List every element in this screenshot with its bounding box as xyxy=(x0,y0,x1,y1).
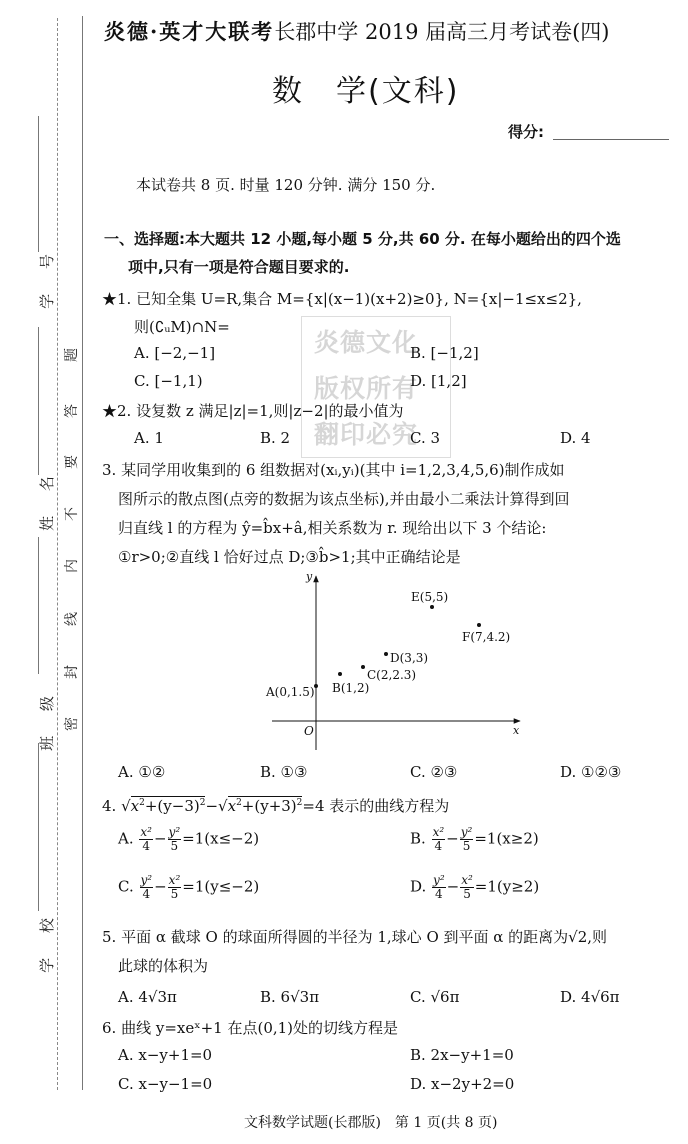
page-footer: 文科数学试题(长郡版) 第 1 页(共 8 页) xyxy=(244,1112,497,1132)
x-axis-label: x xyxy=(513,724,519,737)
question-number: ★1. xyxy=(102,290,131,308)
option-c[interactable]: C. ②③ xyxy=(410,763,457,781)
option-d[interactable]: D. x−2y+2=0 xyxy=(410,1075,514,1093)
option-c[interactable]: C. y²4−x²5=1(y≤−2) xyxy=(118,874,259,901)
question-stem-cont: 则(∁ᵤM)∩N= xyxy=(134,316,230,337)
option-a[interactable]: A. 4√3π xyxy=(118,988,177,1006)
exam-title: 长郡中学 2019 届高三月考试卷(四) xyxy=(274,20,609,44)
class-underline xyxy=(38,537,39,674)
option-letter: C. xyxy=(118,878,134,896)
fraction: x²4 xyxy=(432,826,446,853)
question-stem: 曲线 y=xeˣ+1 在点(0,1)处的切线方程是 xyxy=(121,1019,398,1037)
question-stem: 平面 α 截球 O 的球面所得圆的半径为 1,球心 O 到平面 α 的距离为√2… xyxy=(121,928,607,946)
option-b[interactable]: B. [−1,2] xyxy=(410,344,479,362)
question-stem: 设复数 z 满足|z|=1,则|z−2|的最小值为 xyxy=(136,402,403,420)
section-title-cont: 项中,只有一项是符合题目要求的. xyxy=(128,256,349,277)
option-condition: =1(y≥2) xyxy=(475,878,539,896)
question-stem-cont: 归直线 l 的方程为 ŷ=b̂x+â,相关系数为 r. 现给出以下 3 个结论: xyxy=(118,517,546,538)
option-d[interactable]: D. y²4−x²5=1(y≥2) xyxy=(410,874,539,901)
option-a[interactable]: A. [−2,−1] xyxy=(134,344,215,362)
option-condition: =1(x≥2) xyxy=(474,830,538,848)
option-b[interactable]: B. 2 xyxy=(260,429,290,447)
seal-char: 封 xyxy=(61,665,81,679)
subject-title: 数 学(文科) xyxy=(272,66,459,110)
question-number: 4. xyxy=(102,797,116,815)
question-number: 3. xyxy=(102,461,116,479)
section-title: 一、选择题:本大题共 12 小题,每小题 5 分,共 60 分. 在每小题给出的… xyxy=(104,228,621,249)
fraction: y²4 xyxy=(140,874,154,901)
seal-char: 密 xyxy=(61,717,81,731)
seal-char: 题 xyxy=(61,348,81,362)
question-number: ★2. xyxy=(102,402,131,420)
point-d-label: D(3,3) xyxy=(390,651,428,665)
student-id-label: 学 号 xyxy=(36,244,57,309)
brand-name: 炎德·英才大联考 xyxy=(104,19,274,44)
option-b[interactable]: B. 6√3π xyxy=(260,988,319,1006)
seal-char: 线 xyxy=(61,612,81,626)
question-number: 5. xyxy=(102,928,116,946)
question-stem-cont: 图所示的散点图(点旁的数据为该点坐标),并由最小二乘法计算得到回 xyxy=(118,488,569,509)
school-underline xyxy=(38,743,39,911)
question-stem-cont: 此球的体积为 xyxy=(118,955,208,976)
seal-char: 答 xyxy=(61,404,81,418)
point-c-label: C(2,2.3) xyxy=(367,668,416,682)
fraction: x²5 xyxy=(168,874,182,901)
question-stem-cont: ①r>0;②直线 l 恰好过点 D;③b̂>1;其中正确结论是 xyxy=(118,546,461,567)
option-letter: D. xyxy=(410,878,426,896)
option-d[interactable]: D. 4 xyxy=(560,429,591,447)
option-condition: =1(x≤−2) xyxy=(182,830,259,848)
option-d[interactable]: D. ①②③ xyxy=(560,763,621,781)
question-stem: 已知全集 U=R,集合 M={x|(x−1)(x+2)≥0}, N={x|−1≤… xyxy=(136,290,582,308)
seal-char: 要 xyxy=(61,455,81,469)
fraction: y²4 xyxy=(432,874,446,901)
option-c[interactable]: C. [−1,1) xyxy=(134,372,203,390)
fraction: x²5 xyxy=(460,874,474,901)
scatter-plot: y x O A(0,1.5) B(1,2) C(2,2.3) D(3,3) E(… xyxy=(262,566,528,754)
option-a[interactable]: A. ①② xyxy=(118,763,165,781)
student-id-underline xyxy=(38,116,39,252)
option-b[interactable]: B. 2x−y+1=0 xyxy=(410,1046,514,1064)
point-a-label: A(0,1.5) xyxy=(266,685,315,699)
fraction: y²5 xyxy=(168,826,182,853)
point-b-label: B(1,2) xyxy=(332,681,369,695)
origin-label: O xyxy=(304,724,314,738)
seal-char: 内 xyxy=(61,559,81,573)
fraction: y²5 xyxy=(460,826,474,853)
option-condition: =1(y≤−2) xyxy=(182,878,259,896)
option-a[interactable]: A. 1 xyxy=(134,429,164,447)
question-stem: 某同学用收集到的 6 组数据对(xᵢ,yᵢ)(其中 i=1,2,3,4,5,6)… xyxy=(121,461,564,479)
point-e-label: E(5,5) xyxy=(411,590,448,604)
option-a[interactable]: A. x²4−y²5=1(x≤−2) xyxy=(118,826,259,853)
score-label: 得分: xyxy=(508,121,544,142)
point-f xyxy=(477,623,481,627)
exam-header: 炎德·英才大联考长郡中学 2019 届高三月考试卷(四) xyxy=(104,16,610,46)
watermark-line: 炎德文化 xyxy=(314,323,418,359)
sqrt-expression: √x2+(y−3)2−√x2+(y+3)2 xyxy=(121,796,302,815)
point-b xyxy=(338,672,342,676)
point-c xyxy=(361,665,365,669)
point-f-label: F(7,4.2) xyxy=(462,630,510,644)
option-c[interactable]: C. x−y−1=0 xyxy=(118,1075,212,1093)
option-a[interactable]: A. x−y+1=0 xyxy=(118,1046,212,1064)
option-c[interactable]: C. √6π xyxy=(410,988,459,1006)
school-label: 学 校 xyxy=(36,908,57,973)
class-label: 班 级 xyxy=(36,686,57,751)
score-field[interactable] xyxy=(553,139,669,140)
question-stem: =4 表示的曲线方程为 xyxy=(302,797,449,815)
option-letter: A. xyxy=(118,830,134,848)
option-b[interactable]: B. x²4−y²5=1(x≥2) xyxy=(410,826,539,853)
fraction: x²4 xyxy=(139,826,153,853)
y-axis-label: y xyxy=(306,570,312,583)
option-letter: B. xyxy=(410,830,426,848)
question-number: 6. xyxy=(102,1019,116,1037)
point-e xyxy=(430,605,434,609)
point-d xyxy=(384,652,388,656)
name-label: 姓 名 xyxy=(36,466,57,531)
seal-dotted-line xyxy=(57,18,58,1090)
option-d[interactable]: D. 4√6π xyxy=(560,988,620,1006)
option-d[interactable]: D. [1,2] xyxy=(410,372,467,390)
name-underline xyxy=(38,327,39,475)
option-b[interactable]: B. ①③ xyxy=(260,763,307,781)
seal-char: 不 xyxy=(61,507,81,521)
exam-instructions: 本试卷共 8 页. 时量 120 分钟. 满分 150 分. xyxy=(136,174,435,195)
margin-border-line xyxy=(82,16,83,1090)
option-c[interactable]: C. 3 xyxy=(410,429,440,447)
